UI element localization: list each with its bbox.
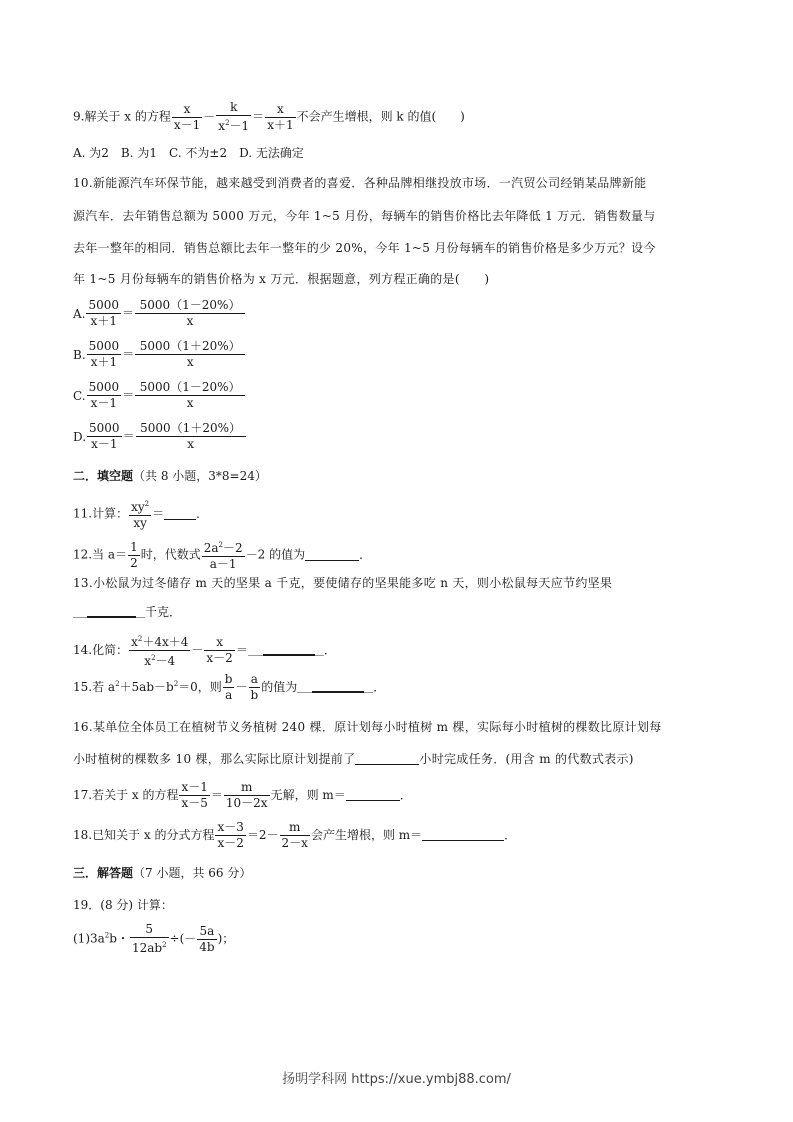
q10-choice-d: D.5000x－1＝5000（1＋20%）x (73, 421, 247, 452)
answer-blank[interactable] (73, 605, 145, 618)
section-3-heading: 三．解答题（7 小题，共 66 分） (73, 865, 251, 881)
answer-blank[interactable] (297, 680, 373, 693)
q9-prefix: 9.解关于 x 的方程 (73, 110, 171, 124)
question-11: 11.计算：xy2xy＝． (73, 497, 208, 531)
q10-line-4: 年 1~5 月份每辆车的销售价格为 x 万元．根据题意，列方程正确的是( ) (73, 271, 489, 287)
question-18: 18.已知关于 x 的分式方程x－3x－2＝2－m2－x会产生增根，则 m＝． (73, 820, 516, 851)
denominator: x2－1 (216, 116, 251, 134)
q16-line-1: 16.某单位全体员工在植树节义务植树 240 棵．原计划每小时植树 m 棵，实际… (73, 719, 662, 735)
footer-watermark: 扬明学科网 https://xue.ymbj88.com/ (0, 1068, 793, 1087)
denominator: x－1 (172, 118, 202, 133)
section-title: 二．填空题 (73, 469, 133, 483)
answer-blank[interactable] (422, 828, 504, 841)
question-15: 15.若 a2＋5ab－b2＝0，则ba－ab的值为． (73, 672, 385, 703)
q13-line-2: 千克． (73, 604, 181, 620)
section-note: （共 8 小题，3*8=24） (133, 469, 267, 483)
q10-choice-c: C.5000x－1＝5000（1－20%）x (73, 380, 246, 411)
section-note: （7 小题，共 66 分） (133, 866, 251, 880)
q9-suffix: 不会产生增根，则 k 的值( ) (297, 110, 465, 124)
answer-blank[interactable] (355, 752, 419, 765)
question-12: 12.当 a＝12时，代数式2a2－2a－1－2 的值为． (73, 538, 371, 572)
q9-fraction-1: xx－1 (172, 102, 202, 133)
denominator: x＋1 (265, 118, 295, 133)
q10-choice-a: A.5000x＋1＝5000（1－20%）x (73, 298, 246, 329)
question-17: 17.若关于 x 的方程x－1x－5＝m10－2x无解，则 m＝． (73, 780, 412, 811)
answer-blank[interactable] (305, 548, 359, 561)
answer-blank[interactable] (248, 643, 324, 656)
question-9: 9.解关于 x 的方程xx－1－kx2－1＝xx＋1不会产生增根，则 k 的值(… (73, 100, 465, 134)
question-14: 14.化简：x2＋4x＋4x2－4－xx－2＝． (73, 632, 336, 669)
numerator: x (172, 102, 202, 118)
section-2-heading: 二．填空题（共 8 小题，3*8=24） (73, 468, 267, 484)
q10-line-2: 源汽车．去年销售总额为 5000 万元，今年 1~5 月份，每辆车的销售价格比去… (73, 208, 656, 224)
q16-line-2: 小时植树的棵数多 10 棵，那么实际比原计划提前了小时完成任务．(用含 m 的代… (73, 751, 634, 767)
answer-blank[interactable] (346, 788, 400, 801)
q19-title: 19．(8 分) 计算： (73, 897, 173, 913)
q9-options: A. 为2 B. 为1 C. 不为±2 D. 无法确定 (73, 145, 304, 161)
operator: ＝ (252, 110, 264, 124)
numerator: x (265, 102, 295, 118)
q10-line-1: 10.新能源汽车环保节能，越来越受到消费者的喜爱．各种品牌相继投放市场．一汽贸公… (73, 175, 647, 191)
q9-fraction-3: xx＋1 (265, 102, 295, 133)
numerator: k (216, 100, 251, 116)
q10-line-3: 去年一整年的相同．销售总额比去年一整年的少 20%，今年 1~5 月份每辆车的销… (73, 240, 656, 256)
q10-choice-b: B.5000x＋1＝5000（1＋20%）x (73, 339, 246, 370)
q9-fraction-2: kx2－1 (216, 100, 251, 134)
section-title: 三．解答题 (73, 866, 133, 880)
answer-blank[interactable] (164, 507, 196, 520)
operator: － (203, 110, 215, 124)
q13-line-1: 13.小松鼠为过冬储存 m 天的坚果 a 千克，要使储存的坚果能多吃 n 天，则… (73, 575, 612, 591)
q19-part-1: (1)3a2b・512ab2÷(－5a4b)； (73, 922, 234, 956)
